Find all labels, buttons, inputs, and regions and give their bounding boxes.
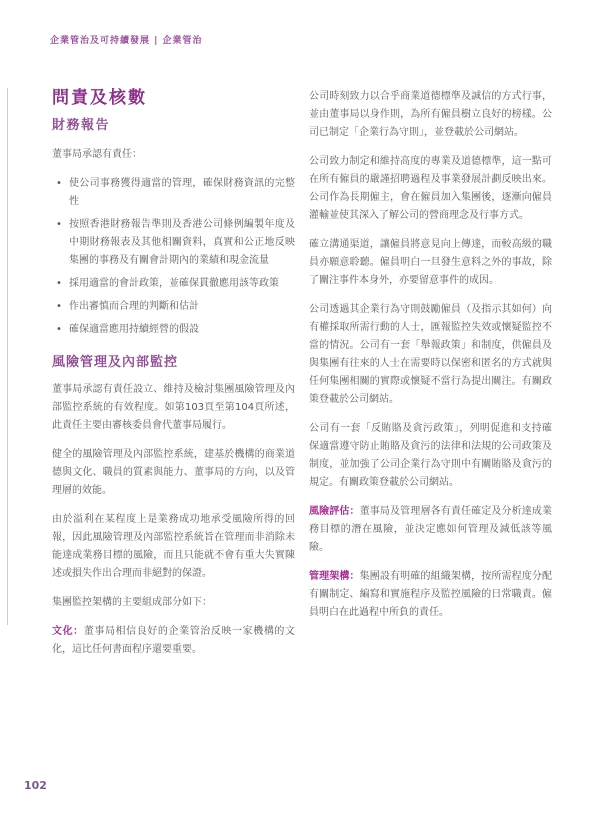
culture-run-in-label: 文化： (52, 626, 84, 637)
section-title-risk-management: 風險管理及內部監控 (52, 355, 295, 371)
page-content: 問責及核數 財務報告 董事局承認有責任： 使公司事務獲得適當的管理，確保財務資訊… (52, 88, 552, 670)
paragraph: 由於溢利在某程度上是業務成功地承受風險所得的回報，因此風險管理及內部監控系統旨在… (52, 511, 295, 583)
bullet-item: 作出審慎而合理的判斷和估計 (52, 298, 295, 316)
paragraph: 公司致力制定和維持高度的專業及道德標準，這一點可在所有僱員的嚴謹招聘過程及事業發… (309, 153, 552, 225)
left-column: 問責及核數 財務報告 董事局承認有責任： 使公司事務獲得適當的管理，確保財務資訊… (52, 88, 295, 670)
page-title: 問責及核數 (52, 88, 295, 108)
paragraph-management-structure: 管理架構：集團設有明確的組織架構，按所需程度分配有關制定、編寫和實施程序及監控風… (309, 568, 552, 622)
culture-run-in-text: 董事局相信良好的企業管治反映一家機構的文化，這比任何書面程序還要重要。 (52, 626, 295, 655)
intro-paragraph: 董事局承認有責任： (52, 146, 295, 164)
bullet-item: 按照香港財務報告準則及香港公司條例編製年度及中期財務報表及其他相關資料，真實和公… (52, 216, 295, 270)
paragraph: 健全的風險管理及內部監控系統，建基於機構的商業道德與文化、職員的質素與能力、董事… (52, 446, 295, 500)
risk-assessment-run-in-label: 風險評估： (309, 506, 360, 517)
paragraph: 公司有一套「反賄賂及貪污政策」，列明促進和支持確保適當遵守防止賄賂及貪污的法律和… (309, 420, 552, 492)
paragraph: 確立溝通渠道，讓僱員將意見向上傳達，而較高級的職員亦願意聆聽。僱員明白一旦發生意… (309, 236, 552, 290)
left-margin-rule (7, 88, 8, 625)
paragraph: 公司時刻致力以合乎商業道德標準及誠信的方式行事，並由董事局以身作則，為所有僱員樹… (309, 88, 552, 142)
running-header: 企業管治及可持續發展 | 企業管治 (50, 33, 203, 46)
management-structure-run-in-label: 管理架構： (309, 571, 360, 582)
paragraph-risk-assessment: 風險評估：董事局及管理層各有責任確定及分析達成業務目標的潛在風險，並決定應如何管… (309, 503, 552, 557)
page-number: 102 (24, 779, 47, 792)
responsibility-bullet-list: 使公司事務獲得適當的管理，確保財務資訊的完整性 按照香港財務報告準則及香港公司條… (52, 175, 295, 339)
paragraph: 公司透過其企業行為守則鼓勵僱員（及指示其如何）向有權採取所需行動的人士，匯報監控… (309, 301, 552, 409)
bullet-item: 確保適當應用持續經營的假設 (52, 321, 295, 339)
paragraph: 集團監控架構的主要組成部分如下： (52, 594, 295, 612)
paragraph-culture: 文化：董事局相信良好的企業管治反映一家機構的文化，這比任何書面程序還要重要。 (52, 623, 295, 659)
right-column: 公司時刻致力以合乎商業道德標準及誠信的方式行事，並由董事局以身作則，為所有僱員樹… (309, 88, 552, 670)
bullet-item: 採用適當的會計政策，並確保貫徹應用該等政策 (52, 275, 295, 293)
bullet-item: 使公司事務獲得適當的管理，確保財務資訊的完整性 (52, 175, 295, 211)
section-title-financial-report: 財務報告 (52, 118, 295, 134)
paragraph: 董事局承認有責任設立、維持及檢討集團風險管理及內部監控系統的有效程度。如第103… (52, 381, 295, 435)
